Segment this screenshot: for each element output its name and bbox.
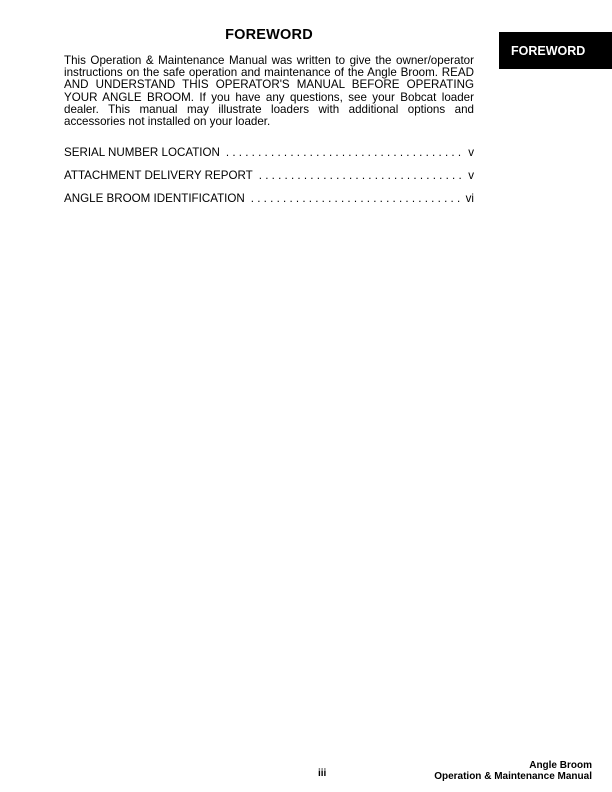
intro-paragraph: This Operation & Maintenance Manual was … [64,55,474,128]
toc-entry-attachment-delivery-report[interactable]: ATTACHMENT DELIVERY REPORT v [64,169,474,192]
table-of-contents: SERIAL NUMBER LOCATION v ATTACHMENT DELI… [64,146,474,215]
toc-page-number: v [462,169,474,182]
toc-leader-dots [259,169,462,182]
section-tab-label: FOREWORD [511,44,585,58]
toc-entry-serial-number-location[interactable]: SERIAL NUMBER LOCATION v [64,146,474,169]
toc-label: ANGLE BROOM IDENTIFICATION [64,192,251,205]
toc-page-number: v [462,146,474,159]
page-title: FOREWORD [64,27,474,43]
toc-leader-dots [226,146,462,159]
footer-manual-title: Angle Broom Operation & Maintenance Manu… [434,760,592,782]
toc-label: ATTACHMENT DELIVERY REPORT [64,169,259,182]
footer-manual-line2: Operation & Maintenance Manual [434,771,592,782]
footer-manual-line1: Angle Broom [434,760,592,771]
toc-page-number: vi [460,192,474,205]
toc-leader-dots [251,192,460,205]
section-tab[interactable]: FOREWORD [499,32,612,69]
toc-label: SERIAL NUMBER LOCATION [64,146,226,159]
toc-entry-angle-broom-identification[interactable]: ANGLE BROOM IDENTIFICATION vi [64,192,474,215]
footer-page-number: iii [318,768,326,779]
